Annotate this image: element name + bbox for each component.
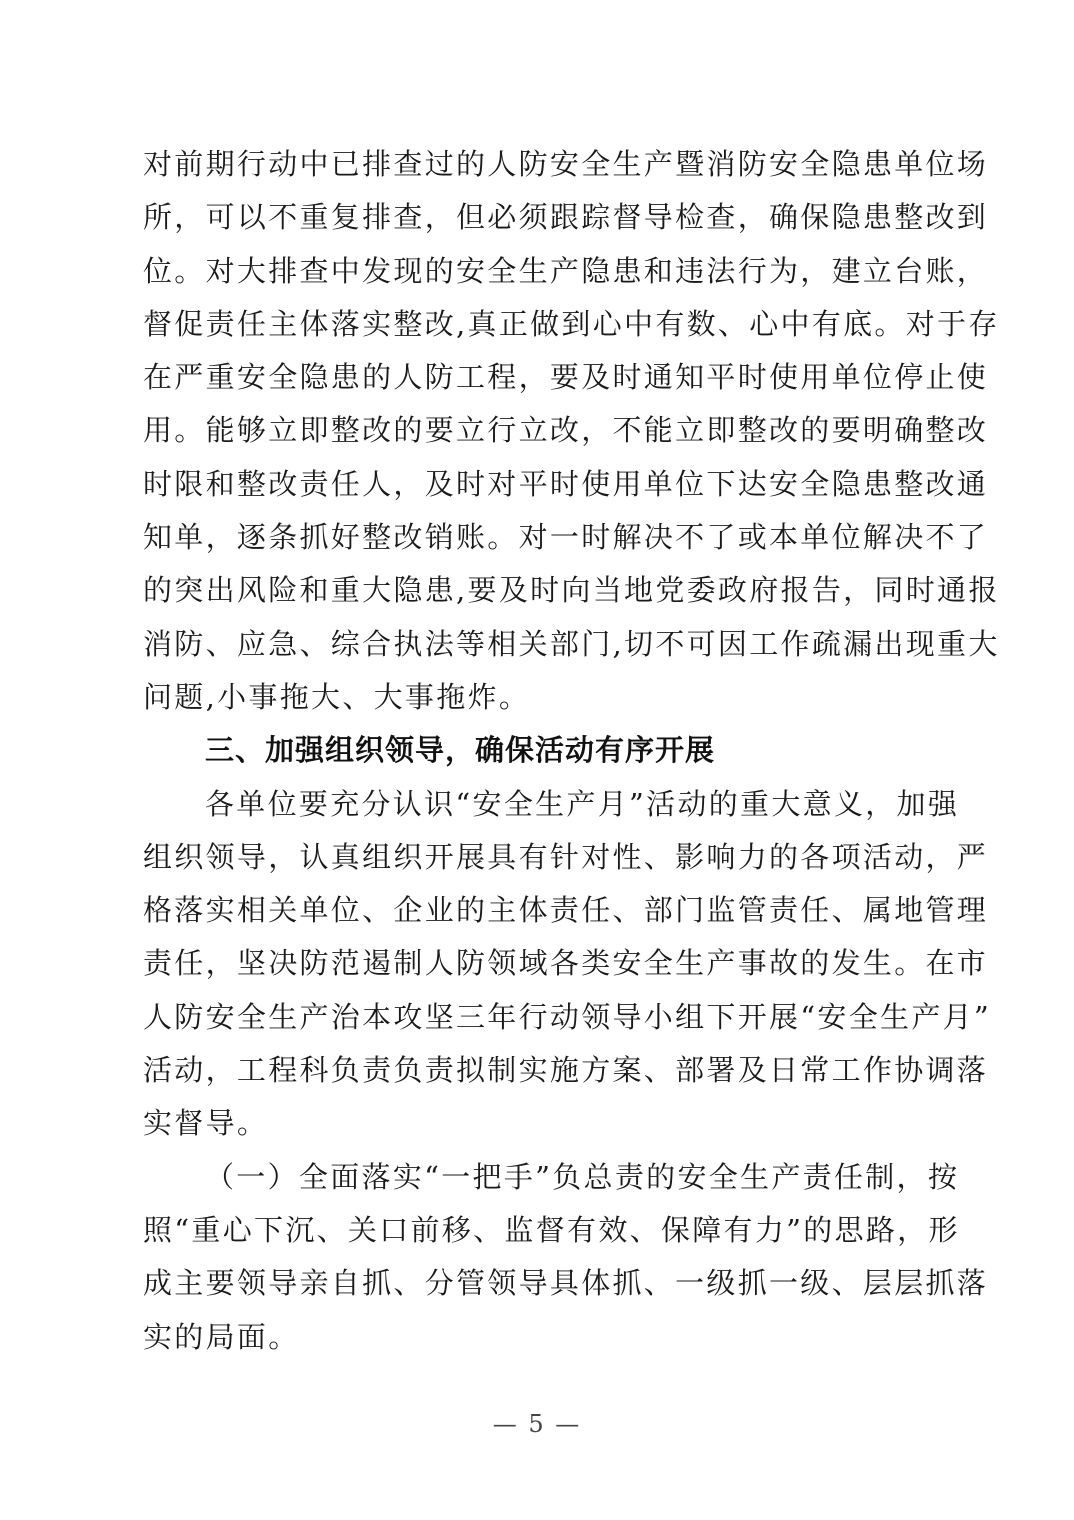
text-line: （一）全面落实“一把手”负总责的安全生产责任制，按 — [143, 1151, 933, 1204]
paragraph-organization: 各单位要充分认识“安全生产月”活动的重大意义，加强 组织领导，认真组织开展具有针… — [143, 778, 933, 1151]
paragraph-rectification: 对前期行动中已排查过的人防安全生产暨消防安全隐患单位场 所，可以不重复排查，但必… — [143, 138, 933, 724]
text-line: 实的局面。 — [143, 1311, 933, 1364]
text-line: 问题,小事拖大、大事拖炸。 — [143, 671, 933, 724]
text-line: 的突出风险和重大隐患,要及时向当地党委政府报告，同时通报 — [143, 564, 933, 617]
text-line: 用。能够立即整改的要立行立改，不能立即整改的要明确整改 — [143, 404, 933, 457]
text-line: 消防、应急、综合执法等相关部门,切不可因工作疏漏出现重大 — [143, 618, 933, 671]
text-line: 责任，坚决防范遏制人防领域各类安全生产事故的发生。在市 — [143, 937, 933, 990]
text-line: 成主要领导亲自抓、分管领导具体抓、一级抓一级、层层抓落 — [143, 1257, 933, 1310]
text-line: 照“重心下沉、关口前移、监督有效、保障有力”的思路，形 — [143, 1204, 933, 1257]
paragraph-responsibility: （一）全面落实“一把手”负总责的安全生产责任制，按 照“重心下沉、关口前移、监督… — [143, 1151, 933, 1364]
text-line: 位。对大排查中发现的安全生产隐患和违法行为，建立台账， — [143, 245, 933, 298]
section-heading: 三、加强组织领导，确保活动有序开展 — [143, 724, 933, 777]
text-line: 组织领导，认真组织开展具有针对性、影响力的各项活动，严 — [143, 831, 933, 884]
text-line: 在严重安全隐患的人防工程，要及时通知平时使用单位停止使 — [143, 351, 933, 404]
text-line: 活动，工程科负责负责拟制实施方案、部署及日常工作协调落 — [143, 1044, 933, 1097]
text-line: 人防安全生产治本攻坚三年行动领导小组下开展“安全生产月” — [143, 991, 933, 1044]
document-page: 对前期行动中已排查过的人防安全生产暨消防安全隐患单位场 所，可以不重复排查，但必… — [143, 138, 933, 1364]
text-line: 所，可以不重复排查，但必须跟踪督导检查，确保隐患整改到 — [143, 191, 933, 244]
text-line: 格落实相关单位、企业的主体责任、部门监管责任、属地管理 — [143, 884, 933, 937]
text-line: 实督导。 — [143, 1097, 933, 1150]
text-line: 知单，逐条抓好整改销账。对一时解决不了或本单位解决不了 — [143, 511, 933, 564]
text-line: 对前期行动中已排查过的人防安全生产暨消防安全隐患单位场 — [143, 138, 933, 191]
text-line: 时限和整改责任人，及时对平时使用单位下达安全隐患整改通 — [143, 458, 933, 511]
page-number: — 5 — — [0, 1410, 1074, 1438]
text-line: 各单位要充分认识“安全生产月”活动的重大意义，加强 — [143, 778, 933, 831]
text-line: 督促责任主体落实整改,真正做到心中有数、心中有底。对于存 — [143, 298, 933, 351]
